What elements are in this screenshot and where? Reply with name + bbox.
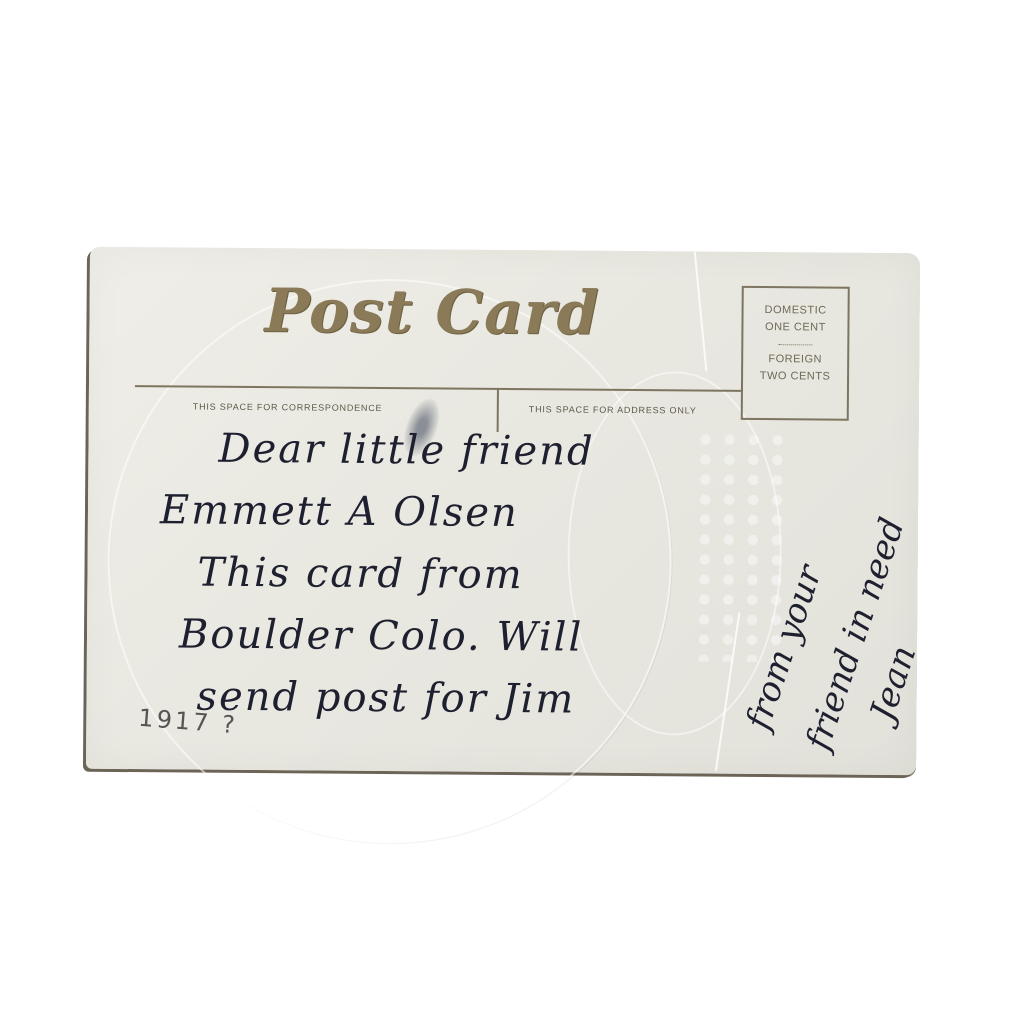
handwritten-line: Boulder Colo. Will [179, 611, 584, 660]
handwritten-line: Emmett A Olsen [160, 487, 519, 536]
foreign-line2: TWO CENTS [743, 368, 847, 386]
handwritten-signoff-line: Jean [862, 641, 924, 726]
foreign-line1: FOREIGN [743, 351, 847, 369]
address-label: THIS SPACE FOR ADDRESS ONLY [529, 404, 697, 415]
postcard-title: Post Card [264, 276, 600, 349]
stamp-box-divider [778, 344, 812, 345]
domestic-line2: ONE CENT [743, 319, 847, 337]
handwritten-line: Dear little friend [218, 426, 594, 475]
postcard-back: Post Card DOMESTIC ONE CENT FOREIGN TWO … [86, 247, 920, 776]
crease [694, 252, 708, 372]
handwritten-line: This card from [197, 550, 523, 599]
stamp-box: DOMESTIC ONE CENT FOREIGN TWO CENTS [741, 286, 850, 421]
vertical-divider [497, 388, 499, 432]
correspondence-label: THIS SPACE FOR CORRESPONDENCE [193, 402, 383, 413]
handwritten-line: send post for Jim [196, 674, 575, 723]
domestic-line1: DOMESTIC [744, 302, 848, 320]
